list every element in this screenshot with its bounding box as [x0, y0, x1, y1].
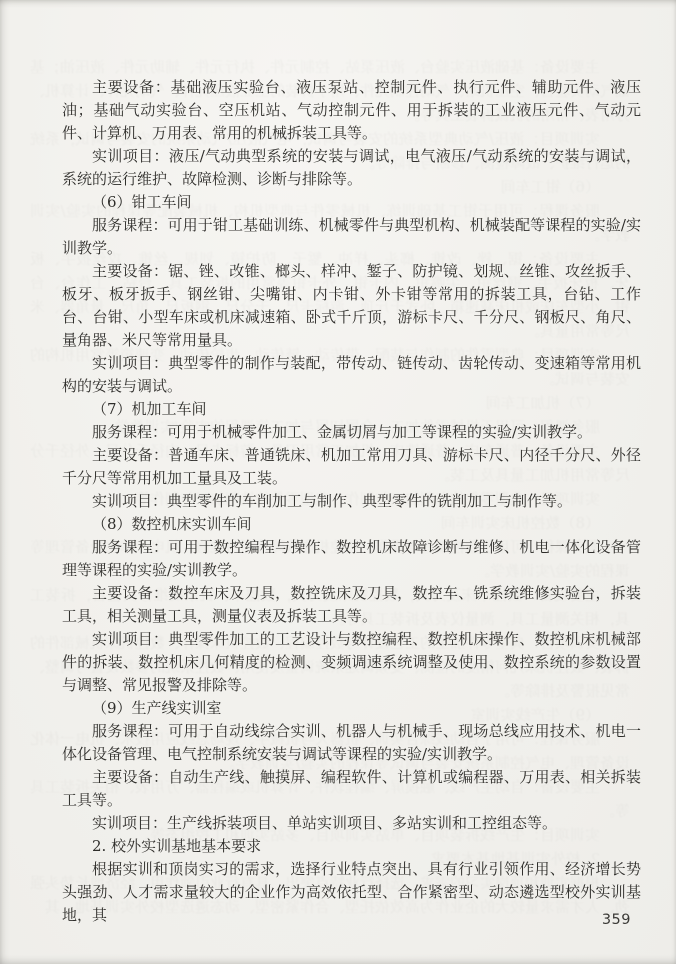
- paragraph: 根据实训和顶岗实习的需求，选择行业特点突出、具有行业引领作用、经济增长势头强劲、…: [62, 858, 641, 927]
- paragraph: 主要设备：普通车床、普通铣床、机加工常用刀具、游标卡尺、内径千分尺、外径千分尺等…: [62, 444, 641, 490]
- paragraph: 主要设备：数控车床及刀具，数控铣床及刀具，数控车、铣系统维修实验台，拆装工具，相…: [62, 582, 641, 628]
- paragraph: 主要设备：自动生产线、触摸屏、编程软件、计算机或编程器、万用表、相关拆装工具等。: [62, 766, 641, 812]
- paragraph: 实训项目：液压/气动典型系统的安装与调试，电气液压/气动系统的安装与调试，系统的…: [62, 145, 641, 191]
- section-heading: （7）机加工车间: [62, 398, 641, 421]
- paragraph: 服务课程：可用于自动线综合实训、机器人与机械手、现场总线应用技术、机电一体化设备…: [62, 720, 641, 766]
- section-heading: （8）数控机床实训车间: [62, 513, 641, 536]
- section-heading: （6）钳工车间: [62, 191, 641, 214]
- paragraph: 实训项目：生产线拆装项目、单站实训项目、多站实训和工控组态等。: [62, 812, 641, 835]
- paragraph: 主要设备：锯、锉、改锥、榔头、样冲、錾子、防护镜、划规、丝锥、攻丝扳手、板牙、板…: [62, 260, 641, 352]
- section-heading: （9）生产线实训室: [62, 697, 641, 720]
- paragraph: 实训项目：典型零件的车削加工与制作、典型零件的铣削加工与制作等。: [62, 490, 641, 513]
- paragraph: 实训项目：典型零件的制作与装配，带传动、链传动、齿轮传动、变速箱等常用机构的安装…: [62, 352, 641, 398]
- page-number: 359: [602, 912, 631, 928]
- paragraph: 服务课程：可用于数控编程与操作、数控机床故障诊断与维修、机电一体化设备管理等课程…: [62, 536, 641, 582]
- scanned-page: 主要设备：基础液压实验台、液压泵站、控制元件、执行元件、辅助元件、液压油；基础气…: [0, 0, 676, 964]
- paragraph: 实训项目：典型零件加工的工艺设计与数控编程、数控机床操作、数控机床机械部件的拆装…: [62, 628, 641, 697]
- paragraph: 服务课程：可用于机械零件加工、金属切屑与加工等课程的实验/实训教学。: [62, 421, 641, 444]
- page-text: 主要设备：基础液压实验台、液压泵站、控制元件、执行元件、辅助元件、液压油；基础气…: [62, 76, 641, 927]
- paragraph: 服务课程：可用于钳工基础训练、机械零件与典型机构、机械装配等课程的实验/实训教学…: [62, 214, 641, 260]
- paragraph: 主要设备：基础液压实验台、液压泵站、控制元件、执行元件、辅助元件、液压油；基础气…: [62, 76, 641, 145]
- section-heading: 2. 校外实训基地基本要求: [62, 835, 641, 858]
